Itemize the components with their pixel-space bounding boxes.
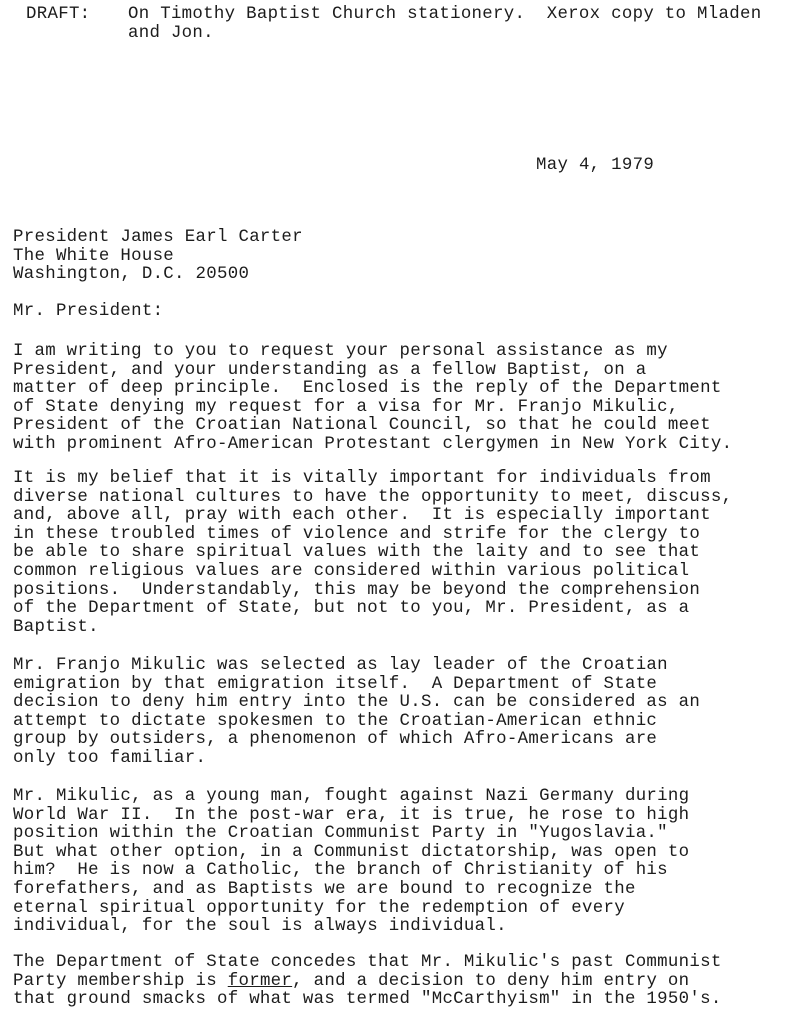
paragraph-line: emigration by that emigration itself. A …	[13, 676, 700, 695]
paragraph-line: World War II. In the post-war era, it is…	[13, 807, 689, 826]
paragraph-line: The Department of State concedes that Mr…	[13, 954, 722, 973]
paragraph-line: that ground smacks of what was termed "M…	[13, 991, 722, 1010]
paragraph-line: diverse national cultures to have the op…	[13, 489, 732, 508]
paragraph-line: him? He is now a Catholic, the branch of…	[13, 862, 689, 881]
paragraph-line: common religious values are considered w…	[13, 563, 732, 582]
paragraph-line: eternal spiritual opportunity for the re…	[13, 900, 689, 919]
paragraph-line: Party membership is former, and a decisi…	[13, 973, 722, 992]
paragraph-line: forefathers, and as Baptists we are boun…	[13, 881, 689, 900]
paragraph-2: It is my belief that it is vitally impor…	[13, 470, 732, 637]
line-text: , and a decision to deny him entry on	[292, 972, 689, 991]
draft-note-line: and Jon.	[128, 25, 761, 44]
letter-date: May 4, 1979	[536, 157, 654, 176]
paragraph-line: of the Department of State, but not to y…	[13, 600, 732, 619]
paragraph-line: positions. Understandably, this may be b…	[13, 582, 732, 601]
paragraph-line: Mr. Franjo Mikulic was selected as lay l…	[13, 657, 700, 676]
paragraph-1: I am writing to you to request your pers…	[13, 343, 732, 455]
address-line: Washington, D.C. 20500	[13, 266, 303, 285]
paragraph-line: Baptist.	[13, 619, 732, 638]
paragraph-5: The Department of State concedes that Mr…	[13, 954, 722, 1010]
recipient-address: President James Earl Carter The White Ho…	[13, 229, 303, 285]
paragraph-3: Mr. Franjo Mikulic was selected as lay l…	[13, 657, 700, 769]
paragraph-line: in these troubled times of violence and …	[13, 526, 732, 545]
paragraph-line: attempt to dictate spokesmen to the Croa…	[13, 713, 700, 732]
paragraph-line: But what other option, in a Communist di…	[13, 844, 689, 863]
paragraph-line: with prominent Afro-American Protestant …	[13, 436, 732, 455]
paragraph-line: President of the Croatian National Counc…	[13, 417, 732, 436]
address-line: The White House	[13, 248, 303, 267]
draft-label: DRAFT:	[26, 6, 90, 25]
underlined-word: former	[228, 972, 292, 991]
paragraph-line: group by outsiders, a phenomenon of whic…	[13, 731, 700, 750]
paragraph-4: Mr. Mikulic, as a young man, fought agai…	[13, 788, 689, 937]
draft-note-line: On Timothy Baptist Church stationery. Xe…	[128, 6, 761, 25]
address-line: President James Earl Carter	[13, 229, 303, 248]
paragraph-line: of State denying my request for a visa f…	[13, 399, 732, 418]
paragraph-line: I am writing to you to request your pers…	[13, 343, 732, 362]
letter-page: DRAFT: On Timothy Baptist Church station…	[0, 0, 796, 1024]
paragraph-line: decision to deny him entry into the U.S.…	[13, 694, 700, 713]
paragraph-line: and, above all, pray with each other. It…	[13, 507, 732, 526]
line-text: Party membership is	[13, 972, 228, 991]
paragraph-line: President, and your understanding as a f…	[13, 362, 732, 381]
draft-note-text: On Timothy Baptist Church stationery. Xe…	[128, 6, 761, 43]
paragraph-line: It is my belief that it is vitally impor…	[13, 470, 732, 489]
paragraph-line: matter of deep principle. Enclosed is th…	[13, 380, 732, 399]
paragraph-line: individual, for the soul is always indiv…	[13, 918, 689, 937]
paragraph-line: position within the Croatian Communist P…	[13, 825, 689, 844]
paragraph-line: only too familiar.	[13, 750, 700, 769]
paragraph-line: Mr. Mikulic, as a young man, fought agai…	[13, 788, 689, 807]
paragraph-line: be able to share spiritual values with t…	[13, 544, 732, 563]
salutation: Mr. President:	[13, 303, 163, 322]
